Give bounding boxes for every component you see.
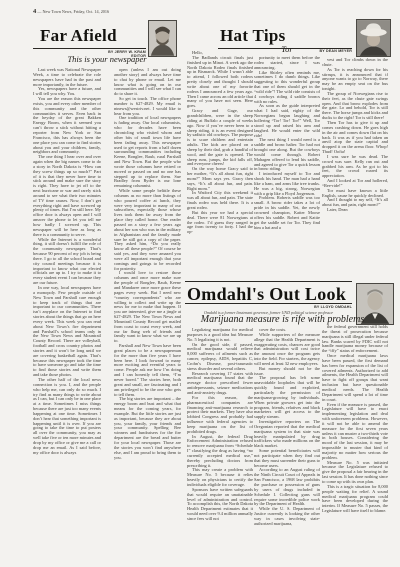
far-afield-subheading: This is your newspaper — [33, 54, 181, 64]
omdahl-section-top-rule — [185, 281, 352, 282]
omdahl-column-2: cover the costs.While supporters of the … — [254, 328, 320, 546]
jerry-kram-photo — [148, 20, 177, 57]
hat-tips-column-1: Hello,The Badlands circuit finals just f… — [187, 51, 253, 283]
far-afield-column-1: Last week was National Newspaper Week, a… — [33, 68, 101, 541]
omdahl-byline-name: BY LLOYD OMDAHL — [280, 305, 352, 309]
far-afield-headline-rule — [33, 48, 146, 49]
omdahl-column-3: the federal government still holds the t… — [322, 325, 388, 546]
omdahl-column-1: Legalizing marijuana for medical purpose… — [187, 328, 253, 546]
far-afield-headline: Far Afield — [40, 26, 117, 46]
omdahl-headline: Omdahl's Out Look — [187, 284, 346, 305]
hat-tips-column-2: portunity to meet them before the rodeo … — [254, 56, 320, 283]
far-afield-column-2: open (unless I am out doing another stor… — [114, 68, 181, 537]
tor-subheading: Tor — [254, 44, 320, 54]
newspaper-page: 4— New Town News, Friday, Oct. 14, 2016 … — [0, 0, 400, 567]
jerry-kram-portrait-graphic — [149, 21, 176, 56]
page-number: 4 — [33, 8, 36, 15]
hat-tips-headline: Hat Tips — [220, 26, 286, 46]
dean-meyer-photo — [356, 19, 391, 57]
folio: 4— New Town News, Friday, Oct. 14, 2016 — [33, 8, 109, 15]
dean-meyer-portrait-graphic — [357, 20, 390, 56]
hat-tips-column-3: vest and Tor climbs down in the chute.As… — [322, 58, 388, 280]
omdahl-byline: BY LLOYD OMDAHL — [280, 305, 352, 309]
marijuana-article-headline: Marijuana measure is rife with problems — [190, 314, 375, 325]
folio-text: — New Town News, Friday, Oct. 14, 2016 — [37, 9, 109, 14]
